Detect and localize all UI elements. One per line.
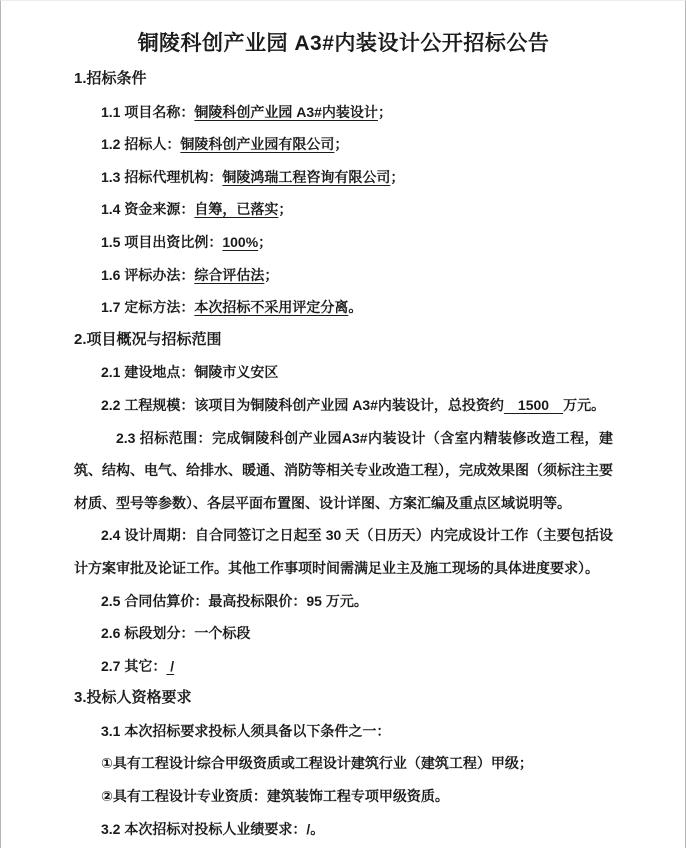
- doc-paragraph: 2.4 设计周期：自合同签订之日起至 30 天（日历天）内完成设计工作（主要包括…: [74, 519, 613, 584]
- doc-body: 1.招标条件1.1 项目名称：铜陵科创产业园 A3#内装设计；1.2 招标人：铜…: [74, 63, 613, 845]
- doc-paragraph: 1.4 资金来源：自筹，已落实；: [74, 193, 613, 226]
- text-run: 2.3 招标范围：完成铜陵科创产业园A3#内装设计（含室内精装修改造工程，建筑、…: [74, 430, 613, 511]
- text-run: ；: [258, 234, 272, 250]
- doc-paragraph: 2.6 标段划分：一个标段: [74, 617, 613, 650]
- page-title: 铜陵科创产业园 A3#内装设计公开招标公告: [74, 29, 613, 59]
- text-run: 2.5 合同估算价：最高投标限价：95 万元。: [101, 593, 368, 609]
- text-run: ；: [378, 104, 392, 120]
- underlined-value: 综合评估法: [194, 267, 264, 283]
- text-run: 。: [348, 299, 362, 315]
- doc-paragraph: 2.5 合同估算价：最高投标限价：95 万元。: [74, 585, 613, 618]
- text-run: 2.6 标段划分：一个标段: [101, 625, 250, 641]
- doc-paragraph: 2.3 招标范围：完成铜陵科创产业园A3#内装设计（含室内精装修改造工程，建筑、…: [74, 422, 613, 520]
- text-run: ；: [264, 267, 278, 283]
- doc-paragraph: ①具有工程设计综合甲级资质或工程设计建筑行业（建筑工程）甲级；: [74, 747, 613, 780]
- text-run: 2.4 设计周期：自合同签订之日起至 30 天（日历天）内完成设计工作（主要包括…: [74, 527, 613, 576]
- underlined-value: 铜陵鸿瑞工程咨询有限公司: [222, 169, 390, 185]
- text-run: 1.招标条件: [74, 70, 147, 87]
- text-run: 万元。: [563, 397, 605, 413]
- text-run: ；: [278, 201, 292, 217]
- text-run: 1.2 招标人：: [101, 136, 180, 152]
- text-run: 2.2 工程规模：该项目为铜陵科创产业园 A3#内装设计，总投资约: [101, 397, 504, 413]
- text-run: 2.1 建设地点：铜陵市义安区: [101, 364, 278, 380]
- text-run: 1.3 招标代理机构：: [101, 169, 222, 185]
- text-run: 1.7 定标方法：: [101, 299, 194, 315]
- text-run: 3.1 本次招标要求投标人须具备以下条件之一：: [101, 723, 390, 739]
- underlined-value: 本次招标不采用评定分离: [194, 299, 348, 315]
- document-page: 铜陵科创产业园 A3#内装设计公开招标公告 1.招标条件1.1 项目名称：铜陵科…: [0, 0, 686, 848]
- underlined-value: /: [166, 658, 174, 674]
- section-heading: 3.投标人资格要求: [74, 682, 613, 715]
- doc-paragraph: 1.5 项目出资比例：100%；: [74, 226, 613, 259]
- text-run: ；: [390, 169, 404, 185]
- section-heading: 1.招标条件: [74, 63, 613, 96]
- doc-paragraph: 1.2 招标人：铜陵科创产业园有限公司；: [74, 128, 613, 161]
- section-heading: 2.项目概况与招标范围: [74, 324, 613, 357]
- text-run: 1.5 项目出资比例：: [101, 234, 222, 250]
- underlined-value: 100%: [222, 234, 258, 250]
- text-run: 1.1 项目名称：: [101, 104, 194, 120]
- doc-paragraph: 1.6 评标办法：综合评估法；: [74, 259, 613, 292]
- text-run: ①具有工程设计综合甲级资质或工程设计建筑行业（建筑工程）甲级；: [101, 755, 533, 771]
- doc-paragraph: 3.1 本次招标要求投标人须具备以下条件之一：: [74, 715, 613, 748]
- underlined-value: 1500: [504, 397, 563, 413]
- doc-paragraph: 2.1 建设地点：铜陵市义安区: [74, 356, 613, 389]
- text-run: 3.2 本次招标对投标人业绩要求：/。: [101, 821, 324, 837]
- doc-paragraph: 1.3 招标代理机构：铜陵鸿瑞工程咨询有限公司；: [74, 161, 613, 194]
- doc-paragraph: 2.2 工程规模：该项目为铜陵科创产业园 A3#内装设计，总投资约 1500 万…: [74, 389, 613, 422]
- doc-paragraph: 1.1 项目名称：铜陵科创产业园 A3#内装设计；: [74, 96, 613, 129]
- underlined-value: 铜陵科创产业园有限公司: [180, 136, 334, 152]
- text-run: 1.4 资金来源：: [101, 201, 194, 217]
- text-run: 3.投标人资格要求: [74, 689, 192, 706]
- text-run: ②具有工程设计专业资质：建筑装饰工程专项甲级资质。: [101, 788, 449, 804]
- text-run: 2.项目概况与招标范围: [74, 331, 222, 348]
- underlined-value: 自筹，已落实: [194, 201, 278, 217]
- doc-paragraph: 1.7 定标方法：本次招标不采用评定分离。: [74, 291, 613, 324]
- doc-paragraph: 3.2 本次招标对投标人业绩要求：/。: [74, 813, 613, 846]
- text-run: 2.7 其它：: [101, 658, 166, 674]
- doc-paragraph: ②具有工程设计专业资质：建筑装饰工程专项甲级资质。: [74, 780, 613, 813]
- text-run: ；: [334, 136, 348, 152]
- text-run: 1.6 评标办法：: [101, 267, 194, 283]
- underlined-value: 铜陵科创产业园 A3#内装设计: [194, 104, 378, 120]
- doc-paragraph: 2.7 其它： /: [74, 650, 613, 683]
